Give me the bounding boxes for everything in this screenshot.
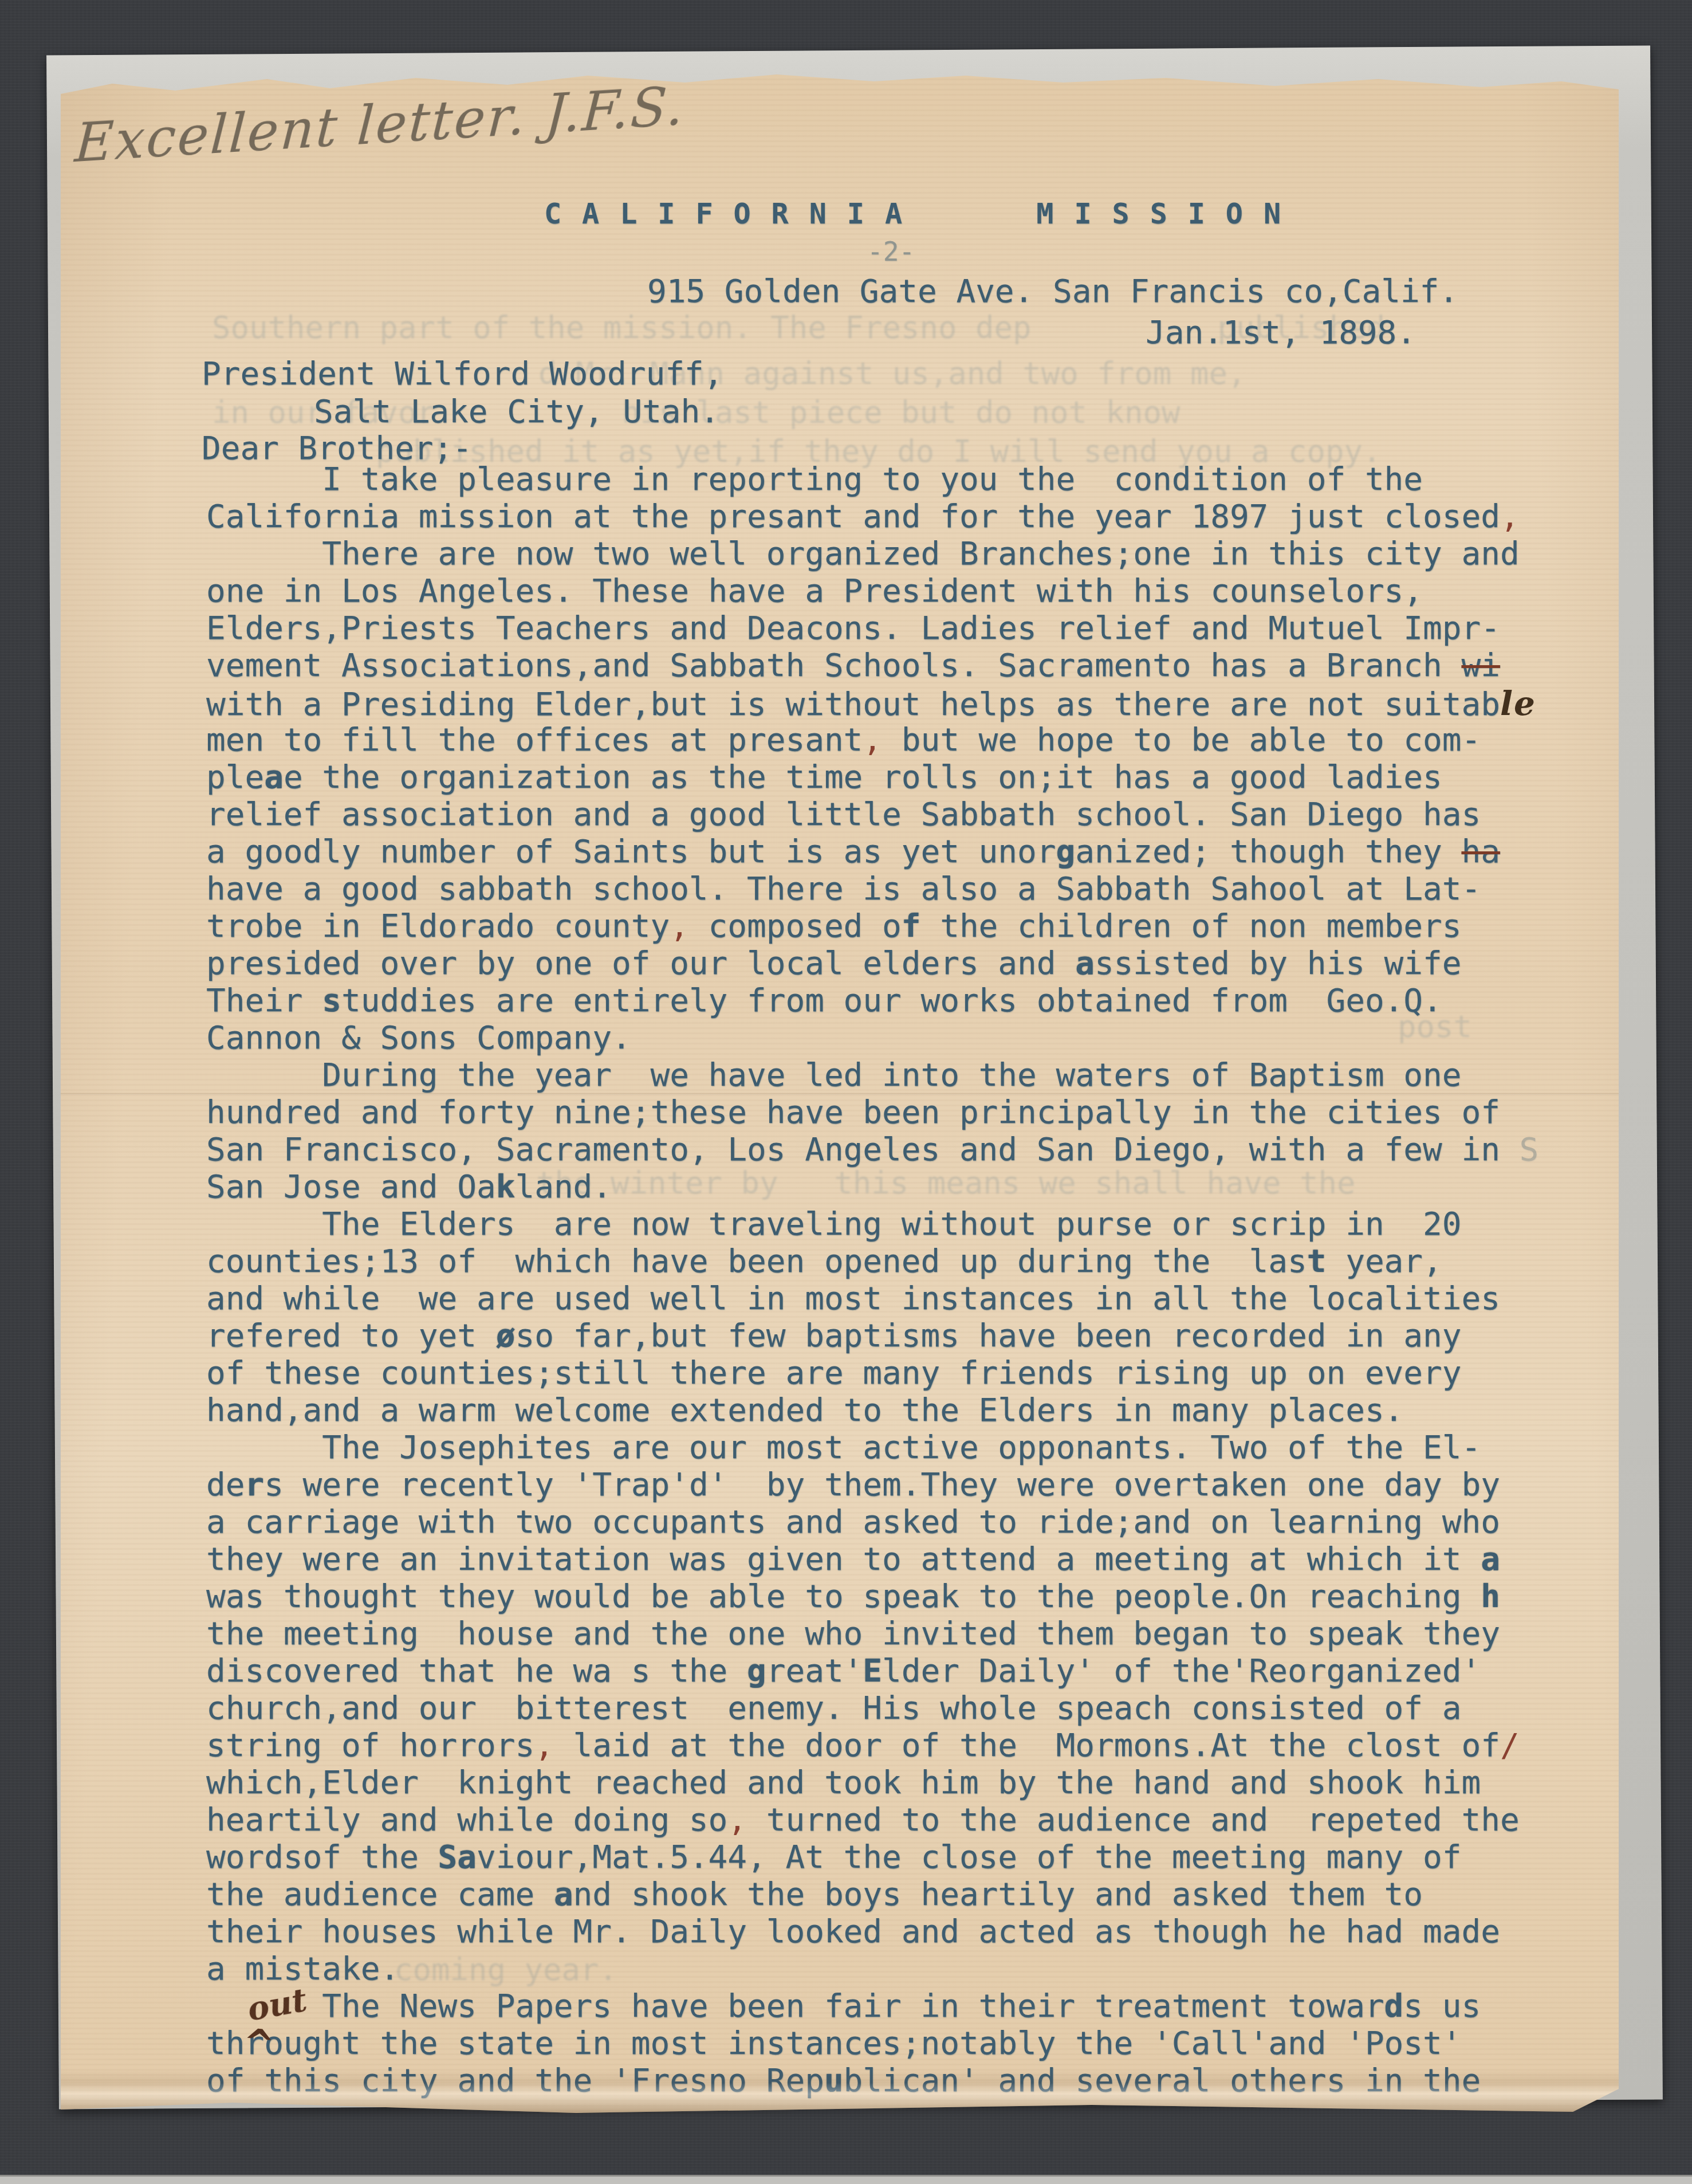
letter-line: string of horrors, laid at the door of t… xyxy=(206,1727,1592,1764)
overstruck-text: a xyxy=(264,759,284,796)
caret-mark-icon: ^ xyxy=(241,2020,277,2067)
letter-title: CALIFORNIA MISSION xyxy=(544,197,1301,230)
address-line-1: 915 Golden Gate Ave. San Francis co,Cali… xyxy=(647,273,1458,310)
letter-paper: Southern part of the mission. The Fresno… xyxy=(61,73,1619,2114)
letter-line: they were an invitation was given to att… xyxy=(206,1541,1592,1578)
overstruck-text: a xyxy=(1481,1541,1500,1578)
letter-line: California mission at the presant and fo… xyxy=(206,498,1592,535)
letter-line: and while we are used well in most insta… xyxy=(206,1280,1592,1317)
letter-line: of this city and the 'Fresno Republican'… xyxy=(206,2062,1592,2099)
letter-line: The News Papers have been fair in their … xyxy=(206,1987,1592,2025)
overstruck-text: f xyxy=(902,908,921,945)
letter-line: which,Elder knight reached and took him … xyxy=(206,1764,1592,1801)
letter-line: relief association and a good little Sab… xyxy=(206,796,1592,833)
letter-line: their houses while Mr. Daily looked and … xyxy=(206,1913,1592,1950)
letter-line: vement Associations,and Sabbath Schools.… xyxy=(206,647,1592,684)
letter-line: men to fill the offices at presant, but … xyxy=(206,721,1592,759)
handwritten-note: Excellent letter. J.F.S. xyxy=(73,75,687,174)
letter-line: The Josephites are our most active oppon… xyxy=(206,1429,1592,1466)
letter-line: hundred and forty nine;these have been p… xyxy=(206,1094,1592,1131)
struck-text: ha xyxy=(1461,833,1500,870)
letter-line: ders were recently 'Trap'd' by them.They… xyxy=(206,1466,1592,1503)
address-line-2: Jan.1st, 1898. xyxy=(1146,314,1416,351)
bleedthrough-fragment: S xyxy=(1500,1131,1538,1168)
overstruck-text: k xyxy=(496,1168,516,1205)
letter-line: throught the state in most instances;not… xyxy=(206,2025,1592,2062)
letter-line: Elders,Priests Teachers and Deacons. Lad… xyxy=(206,610,1592,647)
overstruck-text: u xyxy=(824,2062,844,2099)
letter-line: During the year we have led into the wat… xyxy=(206,1056,1592,1094)
page-number: -2- xyxy=(867,236,915,267)
overstruck-text: t xyxy=(1307,1243,1327,1280)
letter-line: Cannon & Sons Company. xyxy=(206,1019,1592,1056)
letter-line: the meeting house and the one who invite… xyxy=(206,1615,1592,1652)
struck-text: wi xyxy=(1461,647,1500,684)
red-mark: , xyxy=(863,721,882,759)
letter-line: hand,and a warm welcome extended to the … xyxy=(206,1392,1592,1429)
letter-line: trobe in Eldorado county, composed of th… xyxy=(206,908,1592,945)
letter-line: the audience came and shook the boys hea… xyxy=(206,1876,1592,1913)
overstruck-text: E xyxy=(863,1652,882,1690)
letter-line: Their studdies are entirely from our wor… xyxy=(206,982,1592,1019)
red-mark: / xyxy=(1500,1727,1520,1764)
letter-line: counties;13 of which have been opened up… xyxy=(206,1243,1592,1280)
letter-line: I take pleasure in reporting to you the … xyxy=(206,461,1592,498)
letter-line: one in Los Angeles. These have a Preside… xyxy=(206,572,1592,610)
letter-line: with a Presiding Elder,but is without he… xyxy=(206,684,1592,721)
letter-line: San Jose and Oakland. xyxy=(206,1168,1592,1205)
handwritten-correction: le xyxy=(1500,684,1536,723)
letter-line: refered to yet øso far,but few baptisms … xyxy=(206,1317,1592,1354)
overstruck-text: g xyxy=(747,1652,766,1690)
letter-line: pleae the organization as the time rolls… xyxy=(206,759,1592,796)
letter-line: heartily and while doing so, turned to t… xyxy=(206,1801,1592,1839)
letter-line: church,and our bitterest enemy. His whol… xyxy=(206,1690,1592,1727)
scanner-edge-strip xyxy=(0,2175,1692,2184)
letter-line: a carriage with two occupants and asked … xyxy=(206,1503,1592,1541)
overstruck-text: g xyxy=(1056,833,1075,870)
overstruck-text: Sa xyxy=(438,1839,477,1876)
letter-line: wordsof the Saviour,Mat.5.44, At the clo… xyxy=(206,1839,1592,1876)
letter-line: There are now two well organized Branche… xyxy=(206,535,1592,572)
overstruck-text: a xyxy=(1075,945,1095,982)
letter-line: San Francisco, Sacramento, Los Angeles a… xyxy=(206,1131,1592,1168)
letter-body: I take pleasure in reporting to you the … xyxy=(206,461,1592,2099)
red-mark: , xyxy=(727,1801,747,1839)
scan-background: { "letter": { "annotation_note": "Excell… xyxy=(0,0,1692,2184)
overstruck-text: h xyxy=(1481,1578,1500,1615)
letter-line: discovered that he wa s the great'Elder … xyxy=(206,1652,1592,1690)
letter-line: was thought they would be able to speak … xyxy=(206,1578,1592,1615)
letter-line: of these counties;still there are many f… xyxy=(206,1354,1592,1392)
letter-line: have a good sabbath school. There is als… xyxy=(206,870,1592,908)
recipient-city: Salt Lake City, Utah. xyxy=(314,393,719,430)
letter-line: a goodly number of Saints but is as yet … xyxy=(206,833,1592,870)
recipient-name: President Wilford Woodruff, xyxy=(202,355,723,392)
letter-line: The Elders are now traveling without pur… xyxy=(206,1205,1592,1243)
overstruck-text: a xyxy=(554,1876,573,1913)
letter-line: presided over by one of our local elders… xyxy=(206,945,1592,982)
letter-line: a mistake. xyxy=(206,1950,1592,1987)
red-mark: , xyxy=(534,1727,554,1764)
overstruck-text: r xyxy=(245,1466,264,1503)
overstruck-text: ø xyxy=(496,1317,516,1354)
red-mark: , xyxy=(1500,498,1520,535)
red-mark: , xyxy=(670,908,689,945)
overstruck-text: d xyxy=(1384,1987,1404,2025)
overstruck-text: s xyxy=(322,982,341,1019)
